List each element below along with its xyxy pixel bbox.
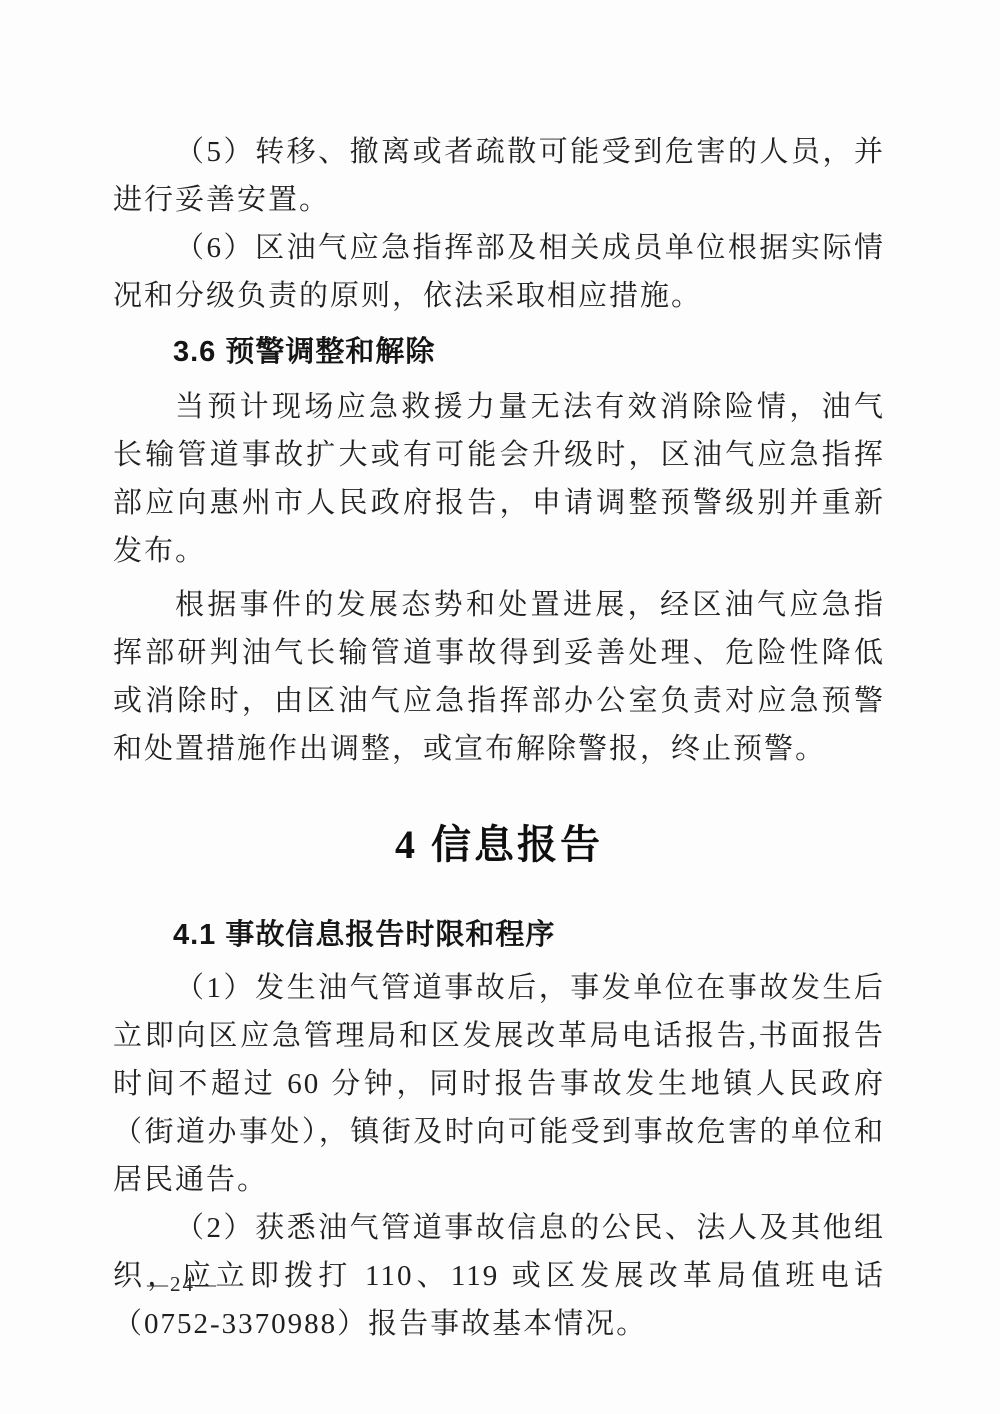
page-number: —24— — [147, 1272, 218, 1297]
paragraph-item-6: （6）区油气应急指挥部及相关成员单位根据实际情况和分级负责的原则，依法采取相应措… — [113, 224, 885, 320]
paragraph-item-5: （5）转移、撤离或者疏散可能受到危害的人员，并进行妥善安置。 — [113, 128, 885, 224]
document-body: （5）转移、撤离或者疏散可能受到危害的人员，并进行妥善安置。 （6）区油气应急指… — [113, 128, 885, 1348]
paragraph-4-1-1: （1）发生油气管道事故后，事发单位在事故发生后立即向区应急管理局和区发展改革局电… — [113, 964, 885, 1204]
chapter-heading-4: 4 信息报告 — [113, 817, 885, 873]
section-heading-3-6: 3.6 预警调整和解除 — [113, 328, 885, 376]
paragraph-4-1-2: （2）获悉油气管道事故信息的公民、法人及其他组织，应立即拨打 110、119 或… — [113, 1204, 885, 1348]
paragraph-3-6-2: 根据事件的发展态势和处置进展，经区油气应急指挥部研判油气长输管道事故得到妥善处理… — [113, 581, 885, 773]
section-heading-4-1: 4.1 事故信息报告时限和程序 — [113, 911, 885, 959]
document-page: （5）转移、撤离或者疏散可能受到危害的人员，并进行妥善安置。 （6）区油气应急指… — [0, 0, 1000, 1414]
paragraph-3-6-1: 当预计现场应急救援力量无法有效消除险情，油气长输管道事故扩大或有可能会升级时，区… — [113, 383, 885, 575]
